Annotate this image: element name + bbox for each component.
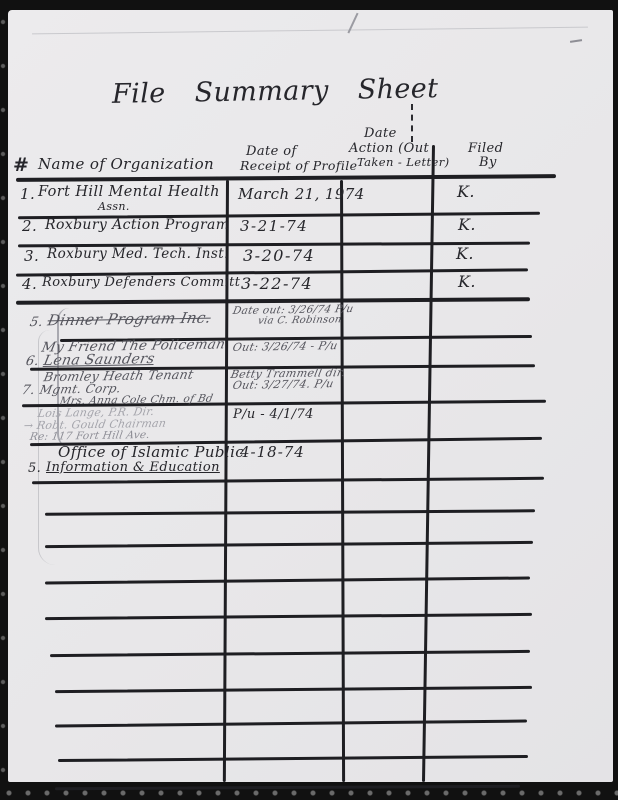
col-header-date-line2: Receipt of Profile [240,160,357,173]
organization-name: Dinner Program Inc. [46,311,212,329]
film-edge-dots-left [0,0,8,800]
receipt-date: 3-21-74 [240,219,308,234]
organization-name: Lena Saunders [42,352,156,368]
col-header-action-line3: Taken - Letter) [357,157,450,169]
col-header-action-line1: Date [364,127,397,140]
receipt-date: 3-22-74 [241,276,313,292]
organization-name: Fort Hill Mental Health [38,185,220,200]
col-header-filed-line1: Filed [468,142,503,155]
row-number: 5. [28,462,41,475]
col-header-name: Name of Organization [38,157,214,172]
filed-by: K. [458,217,476,233]
scanned-document: File Summary Sheet # Name of Organizatio… [0,0,618,800]
receipt-date: 4-18-74 [240,445,305,460]
col-header-number: # [13,156,29,175]
organization-name: Roxbury Med. Tech. Inst. [47,248,229,262]
organization-name: Roxbury Defenders Committ [42,276,240,289]
row-number: 1. [20,187,35,202]
row-number: 7. [21,384,37,397]
dashed-vertical-mark [411,104,413,142]
row-number: 3. [24,249,39,264]
page-title: File Summary Sheet [112,75,439,108]
col-header-date-line1: Date of [246,145,297,158]
receipt-date: 3-20-74 [243,248,315,264]
row-number: 2. [22,219,37,234]
filed-by: K. [456,246,474,262]
receipt-date: March 21, 1974 [238,187,365,202]
organization-name: Roxbury Action Program [45,218,229,232]
organization-name-line2: Information & Education [46,461,220,474]
pickup-date: P/u - 4/1/74 [233,408,314,421]
row-number: 4. [22,277,37,292]
organization-name-line2: Assn. [98,201,130,212]
filed-by: K. [457,184,475,200]
action-note: Out: 3/26/74 - P/u [232,340,339,353]
row-number: 5. [29,316,45,329]
filed-by: K. [458,274,476,290]
pencil-note-line3: Re: 117 Fort Hill Ave. [29,430,151,443]
col-header-filed-line2: By [479,156,497,169]
organization-name: Office of Islamic Public [58,445,244,460]
action-note-line2: via C. Robinson [257,315,343,326]
action-note-line2: Out: 3/27/74. P/u [232,378,335,391]
row-number: 6. [25,355,41,368]
col-header-action-line2: Action (Out [349,142,429,155]
